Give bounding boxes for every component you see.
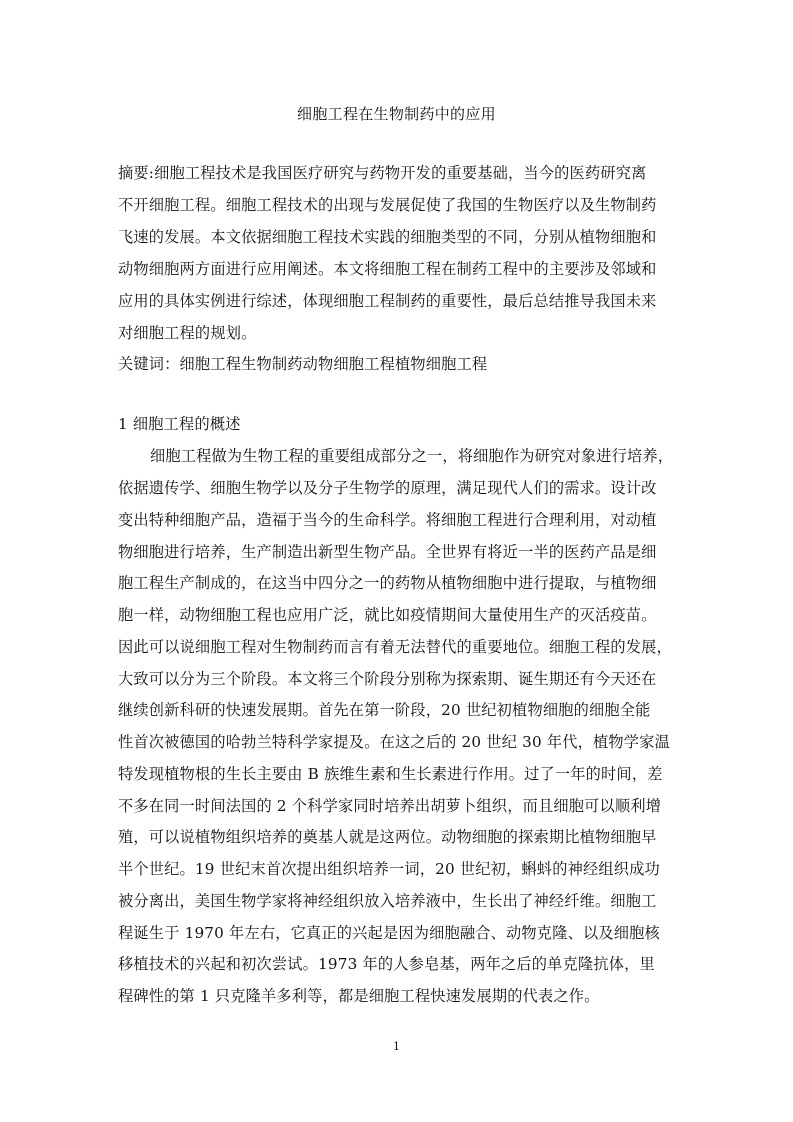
abstract-line: 对细胞工程的规划。 xyxy=(118,323,678,343)
section-heading: 1 细胞工程的概述 xyxy=(118,414,678,434)
body-line: 性首次被德国的哈勃兰特科学家提及。在这之后的 20 世纪 30 年代，植物学家温 xyxy=(118,732,678,752)
body-line: 因此可以说细胞工程对生物制药而言有着无法替代的重要地位。细胞工程的发展， xyxy=(118,637,678,657)
document-title: 细胞工程在生物制药中的应用 xyxy=(0,103,793,124)
abstract-line: 摘要:细胞工程技术是我国医疗研究与药物开发的重要基础，当今的医药研究离 xyxy=(118,163,678,183)
abstract-line: 飞速的发展。本文依据细胞工程技术实践的细胞类型的不同，分别从植物细胞和 xyxy=(118,227,678,247)
abstract-line: 不开细胞工程。细胞工程技术的出现与发展促使了我国的生物医疗以及生物制药 xyxy=(118,195,678,215)
body-line: 胞一样，动物细胞工程也应用广泛，就比如疫情期间大量使用生产的灭活疫苗。 xyxy=(118,605,678,625)
body-line: 程诞生于 1970 年左右，它真正的兴起是因为细胞融合、动物克隆、以及细胞核 xyxy=(118,923,678,943)
body-line: 程碑性的第 1 只克隆羊多利等，都是细胞工程快速发展期的代表之作。 xyxy=(118,986,678,1006)
abstract-line: 应用的具体实例进行综述，体现细胞工程制药的重要性，最后总结推导我国未来 xyxy=(118,291,678,311)
body-line: 不多在同一时间法国的 2 个科学家同时培养出胡萝卜组织，而且细胞可以顺利增 xyxy=(118,796,678,816)
body-line: 被分离出，美国生物学家将神经组织放入培养液中，生长出了神经纤维。细胞工 xyxy=(118,891,678,911)
body-line: 物细胞进行培养，生产制造出新型生物产品。全世界有将近一半的医药产品是细 xyxy=(118,542,678,562)
body-line: 殖，可以说植物组织培养的奠基人就是这两位。动物细胞的探索期比植物细胞早 xyxy=(118,827,678,847)
body-line: 细胞工程做为生物工程的重要组成部分之一，将细胞作为研究对象进行培养， xyxy=(150,446,710,466)
body-line: 特发现植物根的生长主要由 B 族维生素和生长素进行作用。过了一年的时间，差 xyxy=(118,764,678,784)
body-line: 移植技术的兴起和初次尝试。1973 年的人参皂基，两年之后的单克隆抗体，里 xyxy=(118,954,678,974)
body-line: 胞工程生产制成的，在这当中四分之一的药物从植物细胞中进行提取，与植物细 xyxy=(118,573,678,593)
page-number: 1 xyxy=(0,1040,793,1053)
body-line: 继续创新科研的快速发展期。首先在第一阶段，20 世纪初植物细胞的细胞全能 xyxy=(118,700,678,720)
body-line: 依据遗传学、细胞生物学以及分子生物学的原理，满足现代人们的需求。设计改 xyxy=(118,478,678,498)
body-line: 变出特种细胞产品，造福于当今的生命科学。将细胞工程进行合理利用，对动植 xyxy=(118,510,678,530)
body-line: 半个世纪。19 世纪末首次提出组织培养一词，20 世纪初，蝌蚪的神经组织成功 xyxy=(118,859,678,879)
abstract-line: 动物细胞两方面进行应用阐述。本文将细胞工程在制药工程中的主要涉及邻域和 xyxy=(118,259,678,279)
document-page: 细胞工程在生物制药中的应用 摘要:细胞工程技术是我国医疗研究与药物开发的重要基础… xyxy=(0,0,793,1122)
body-line: 大致可以分为三个阶段。本文将三个阶段分别称为探索期、诞生期还有今天还在 xyxy=(118,669,678,689)
keywords-line: 关键词：细胞工程生物制药动物细胞工程植物细胞工程 xyxy=(118,354,678,374)
